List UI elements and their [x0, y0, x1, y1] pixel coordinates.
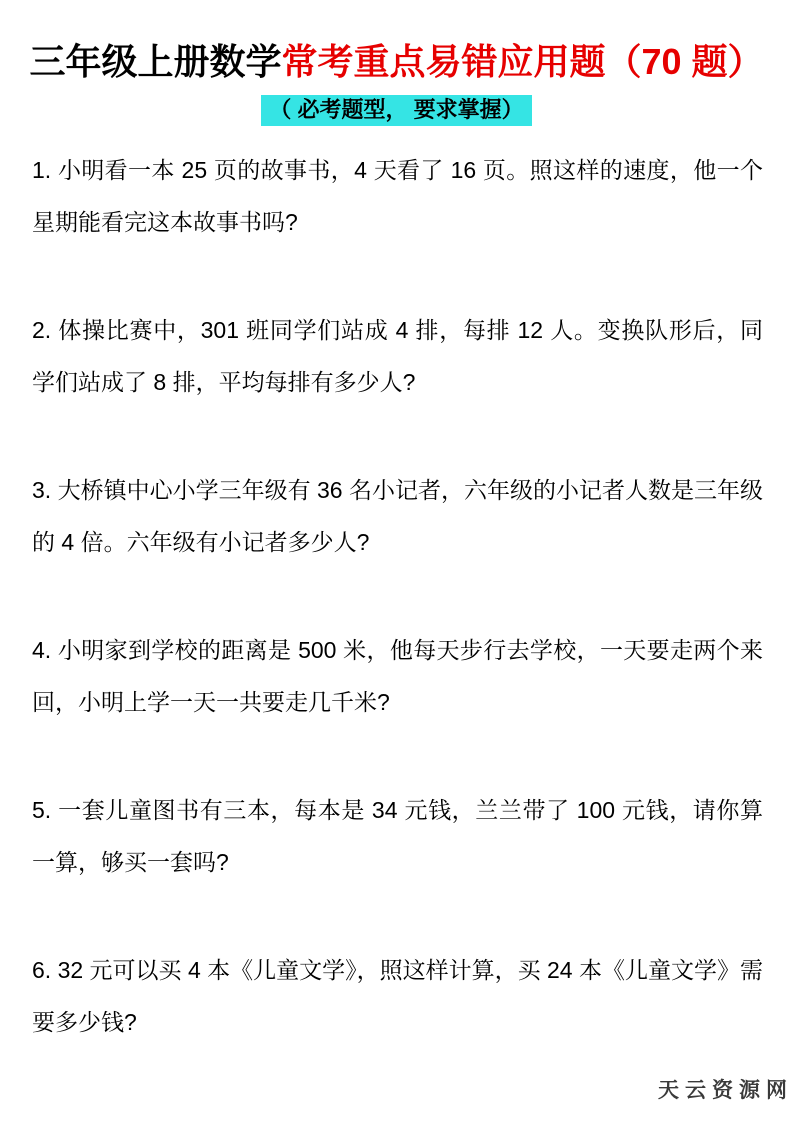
- problem-text-1: 1. 小明看一本 25 页的故事书，4 天看了 16 页。照这样的速度，他一个星…: [32, 144, 763, 248]
- page-title-red-part: 常考重点易错应用题（70 题）: [281, 41, 763, 82]
- watermark-text: 天云资源网: [658, 1074, 793, 1104]
- subtitle-highlight: （ 必考题型， 要求掌握）: [261, 95, 531, 126]
- subtitle-row: （ 必考题型， 要求掌握）: [0, 95, 793, 126]
- problem-list: 1. 小明看一本 25 页的故事书，4 天看了 16 页。照这样的速度，他一个星…: [32, 144, 763, 1048]
- problem-text-5: 5. 一套儿童图书有三本，每本是 34 元钱，兰兰带了 100 元钱，请你算一算…: [32, 784, 763, 888]
- problem-text-4: 4. 小明家到学校的距离是 500 米，他每天步行去学校，一天要走两个来回，小明…: [32, 624, 763, 728]
- page-title: 三年级上册数学常考重点易错应用题（70 题）: [0, 0, 793, 83]
- worksheet-page: 三年级上册数学常考重点易错应用题（70 题） （ 必考题型， 要求掌握） 1. …: [0, 0, 793, 1122]
- problem-text-3: 3. 大桥镇中心小学三年级有 36 名小记者，六年级的小记者人数是三年级的 4 …: [32, 464, 763, 568]
- page-title-black-part: 三年级上册数学: [29, 41, 281, 82]
- problem-text-2: 2. 体操比赛中，301 班同学们站成 4 排，每排 12 人。变换队形后，同学…: [32, 304, 763, 408]
- problem-text-6: 6. 32 元可以买 4 本《儿童文学》，照这样计算，买 24 本《儿童文学》需…: [32, 944, 763, 1048]
